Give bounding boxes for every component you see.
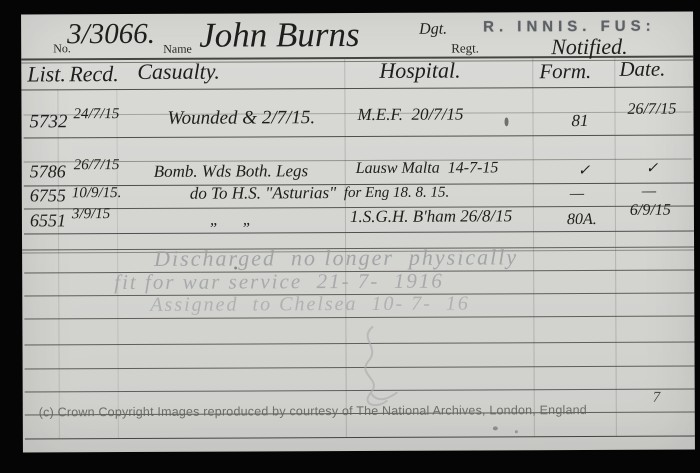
row-hospital: 1.S.G.H. B'ham 26/8/15	[350, 206, 512, 227]
row-hospital: for Eng 18. 8. 15.	[344, 185, 449, 202]
row-notified-date: 6/9/15	[630, 202, 671, 220]
column-line	[57, 89, 60, 438]
notified-header: Notified.	[551, 34, 628, 60]
record-card: No. 3/3066. Name John Burns Dgt. Regt. R…	[21, 12, 695, 453]
row-recd-date: 26/7/15	[74, 157, 120, 174]
row-list-number: 6551	[30, 210, 66, 231]
row-list-number: 5786	[30, 161, 66, 182]
rank-note: Dgt.	[419, 21, 447, 39]
column-header-casualty: Casualty.	[137, 59, 220, 85]
column-line	[116, 89, 119, 438]
regt-label: Regt.	[451, 40, 479, 56]
pencil-note-chelsea: Assigned to Chelsea 10- 7- 16	[150, 293, 470, 317]
rule-line	[21, 87, 693, 91]
name-label: Name	[163, 42, 192, 57]
ink-speck	[234, 267, 237, 270]
row-date-dash: —	[642, 183, 656, 201]
page-number-mark: 7	[653, 390, 661, 407]
column-header-list: List.	[27, 61, 66, 87]
pencil-note-discharge: Discharged no longer physically	[154, 244, 518, 272]
column-header-form: Form.	[539, 59, 591, 84]
regiment-stamp: R. INNIS. FUS:	[483, 18, 656, 36]
row-casualty: do To H.S. "Asturias"	[190, 183, 336, 204]
service-number: 3/3066.	[67, 18, 155, 51]
rule-line	[24, 135, 694, 139]
ink-speck	[493, 426, 498, 430]
row-casualty: Wounded & 2/7/15.	[167, 107, 315, 130]
row-list-number: 5732	[29, 111, 67, 133]
soldier-name: John Burns	[199, 15, 360, 56]
row-form: 80A.	[567, 211, 597, 229]
column-header-recd: Recd.	[69, 61, 119, 87]
row-form-dash: —	[570, 185, 584, 203]
rule-line	[24, 316, 694, 320]
row-casualty: Bomb. Wds Both. Legs	[154, 161, 309, 182]
row-form: 81	[571, 111, 588, 131]
ink-speck	[515, 430, 518, 433]
row-recd-date: 3/9/15	[72, 206, 110, 223]
row-recd-date: 24/7/15	[73, 106, 119, 123]
column-header-hospital: Hospital.	[379, 58, 460, 84]
row-form-checkmark: ✓	[578, 161, 591, 180]
column-header-date: Date.	[619, 57, 665, 82]
row-list-number: 6755	[30, 185, 66, 206]
row-hospital: Lausw Malta 14-7-15	[356, 159, 499, 178]
row-notified-date: 26/7/15	[627, 101, 676, 119]
copyright-watermark: (c) Crown Copyright Images reproduced by…	[39, 403, 587, 419]
row-hospital: M.E.F. 20/7/15	[357, 105, 463, 125]
row-casualty-ditto: „ „	[210, 211, 252, 229]
rule-line	[25, 436, 695, 440]
rule-line	[24, 231, 694, 235]
row-date-checkmark: ✓	[646, 159, 659, 178]
rule-line	[21, 60, 693, 64]
ink-speck	[505, 117, 509, 126]
row-recd-date: 10/9/15.	[72, 185, 122, 202]
pencil-note-service: fit for war service 21- 7- 1916	[114, 269, 444, 295]
scanned-record-card-page: { "card": { "no_label": "No.", "no_value…	[0, 0, 700, 473]
